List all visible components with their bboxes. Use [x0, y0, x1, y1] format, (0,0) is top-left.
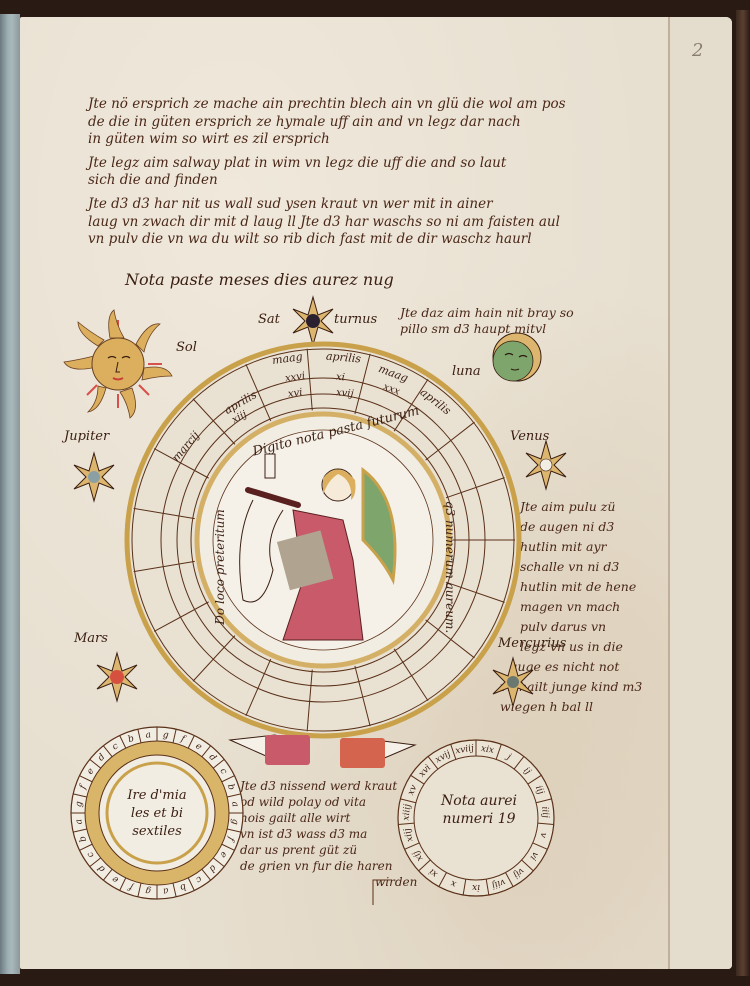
wheel-cell-day: xvij	[336, 387, 354, 399]
saturnus-star-icon	[293, 297, 333, 345]
svg-text:a: a	[229, 801, 240, 807]
svg-text:xiiij: xiiij	[402, 803, 413, 820]
caption-line: Ire d'mia	[117, 787, 197, 805]
mercurius-star-icon	[493, 658, 533, 706]
pointing-hands	[230, 735, 415, 768]
caption-line: les et bi	[117, 805, 197, 823]
wheel-inner-caption-right: q3 numerum aureum.	[443, 497, 457, 637]
jupiter-star-icon	[74, 453, 114, 501]
svg-text:a: a	[163, 885, 169, 896]
svg-text:iiij: iiij	[539, 806, 550, 818]
wheel-cell-day: xvi	[287, 387, 303, 400]
caption-line: sextiles	[117, 823, 197, 841]
illustrations-layer: gfedcbagfedcbagfedcbagfedcba xixjijiijii…	[0, 0, 750, 986]
venus-star-icon	[526, 441, 566, 489]
main-calendar-wheel	[127, 344, 519, 736]
dominical-wheel-caption: Ire d'mia les et bi sextiles	[117, 787, 197, 841]
moon-face-icon	[493, 333, 541, 381]
caption-line: numeri 19	[424, 810, 534, 828]
svg-text:a: a	[74, 819, 85, 825]
svg-text:xix: xix	[480, 744, 494, 756]
svg-text:ix: ix	[472, 882, 480, 892]
golden-number-caption: Nota aurei numeri 19	[424, 792, 534, 828]
caption-line: Nota aurei	[424, 792, 534, 810]
wheel-inner-caption-left: Do loco preteritum	[213, 497, 227, 637]
sun-face-icon	[64, 310, 172, 418]
svg-text:a: a	[145, 730, 151, 741]
mars-star-icon	[97, 653, 137, 701]
wheel-cell-day: xi	[336, 372, 346, 384]
